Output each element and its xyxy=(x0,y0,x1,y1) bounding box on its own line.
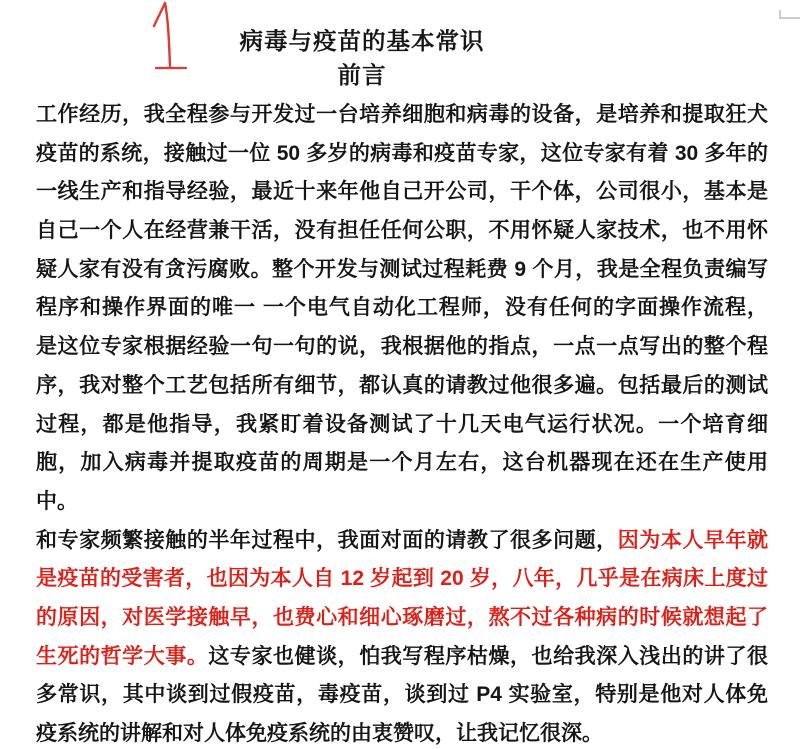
body-text-segment: 自己一个人在经营兼干活，没有担任任何公职，不用怀疑人家技术，也不用怀 xyxy=(36,219,768,242)
text-line: 自己一个人在经营兼干活，没有担任任何公职，不用怀疑人家技术，也不用怀 xyxy=(36,212,768,251)
text-line: 过程，都是他指导，我紧盯着设备测试了十几天电气运行状况。一个培育细 xyxy=(36,406,768,445)
text-line: 工作经历，我全程参与开发过一台培养细胞和病毒的设备，是培养和提取狂犬 xyxy=(36,96,768,135)
highlighted-text: 因为本人早年就 xyxy=(618,529,768,552)
body-text-segment: 一线生产和指导经验，最近十来年他自己开公司，干个体，公司很小，基本是 xyxy=(36,180,768,203)
body-text-segment: 疑人家有没有贪污腐败。整个开发与测试过程耗费 9 个月，我是全程负责编写 xyxy=(36,258,768,281)
body-text-segment: 序，我对整个工艺包括所有细节，都认真的请教过他很多遍。包括最后的测试 xyxy=(36,374,768,397)
text-line: 是这位专家根据经验一句一句的说，我根据他的指点，一点一点写出的整个程 xyxy=(36,328,768,367)
text-line: 序，我对整个工艺包括所有细节，都认真的请教过他很多遍。包括最后的测试 xyxy=(36,367,768,406)
text-line: 中。 xyxy=(36,483,768,522)
text-line: 是疫苗的受害者，也因为本人自 12 岁起到 20 岁，八年，几乎是在病床上度过 xyxy=(36,560,768,599)
body-text-segment: 胞，加入病毒并提取疫苗的周期是一个月左右，这台机器现在还在生产使用 xyxy=(36,451,768,474)
section-heading-preface: 前言 xyxy=(0,58,724,92)
body-text-segment: 疫系统的讲解和对人体免疫系统的由衷赞叹，让我记忆很深。 xyxy=(36,722,603,745)
highlighted-text: 是疫苗的受害者，也因为本人自 12 岁起到 20 岁，八年，几乎是在病床上度过 xyxy=(36,567,768,590)
body-text: 工作经历，我全程参与开发过一台培养细胞和病毒的设备，是培养和提取狂犬疫苗的系统，… xyxy=(36,96,768,749)
text-line: 胞，加入病毒并提取疫苗的周期是一个月左右，这台机器现在还在生产使用 xyxy=(36,444,768,483)
body-text-segment: 中。 xyxy=(36,490,78,513)
body-text-segment: 这专家也健谈，怕我写程序枯燥，也给我深入浅出的讲了很 xyxy=(208,645,768,668)
body-text-segment: 多常识，其中谈到过假疫苗，毒疫苗，谈到过 P4 实验室，特别是他对人体免 xyxy=(36,683,768,706)
text-line: 疫苗的系统，接触过一位 50 多岁的病毒和疫苗专家，这位专家有着 30 多年的 xyxy=(36,135,768,174)
text-line: 生死的哲学大事。这专家也健谈，怕我写程序枯燥，也给我深入浅出的讲了很 xyxy=(36,638,768,677)
document-page: 病毒与疫苗的基本常识 前言 工作经历，我全程参与开发过一台培养细胞和病毒的设备，… xyxy=(0,0,800,749)
text-line: 一线生产和指导经验，最近十来年他自己开公司，干个体，公司很小，基本是 xyxy=(36,173,768,212)
text-line: 疫系统的讲解和对人体免疫系统的由衷赞叹，让我记忆很深。 xyxy=(36,715,768,749)
body-text-segment: 和专家频繁接触的半年过程中，我面对面的请教了很多问题， xyxy=(36,529,618,552)
page-title: 病毒与疫苗的基本常识 xyxy=(0,24,724,58)
body-text-segment: 过程，都是他指导，我紧盯着设备测试了十几天电气运行状况。一个培育细 xyxy=(36,413,768,436)
body-text-segment: 是这位专家根据经验一句一句的说，我根据他的指点，一点一点写出的整个程 xyxy=(36,335,768,358)
text-line: 多常识，其中谈到过假疫苗，毒疫苗，谈到过 P4 实验室，特别是他对人体免 xyxy=(36,676,768,715)
highlighted-text: 生死的哲学大事。 xyxy=(36,645,208,668)
highlighted-text: 的原因，对医学接触早，也费心和细心琢磨过，熬不过各种病的时候就想起了 xyxy=(36,606,768,629)
body-text-segment: 工作经历，我全程参与开发过一台培养细胞和病毒的设备，是培养和提取狂犬 xyxy=(36,103,768,126)
text-line: 的原因，对医学接触早，也费心和细心琢磨过，熬不过各种病的时候就想起了 xyxy=(36,599,768,638)
body-text-segment: 疫苗的系统，接触过一位 50 多岁的病毒和疫苗专家，这位专家有着 30 多年的 xyxy=(36,142,768,165)
text-line: 程序和操作界面的唯一 一个电气自动化工程师，没有任何的字面操作流程， xyxy=(36,289,768,328)
page-corner-mark xyxy=(779,17,800,19)
body-text-segment: 程序和操作界面的唯一 一个电气自动化工程师，没有任何的字面操作流程， xyxy=(36,296,768,319)
text-line: 疑人家有没有贪污腐败。整个开发与测试过程耗费 9 个月，我是全程负责编写 xyxy=(36,251,768,290)
text-line: 和专家频繁接触的半年过程中，我面对面的请教了很多问题，因为本人早年就 xyxy=(36,522,768,561)
